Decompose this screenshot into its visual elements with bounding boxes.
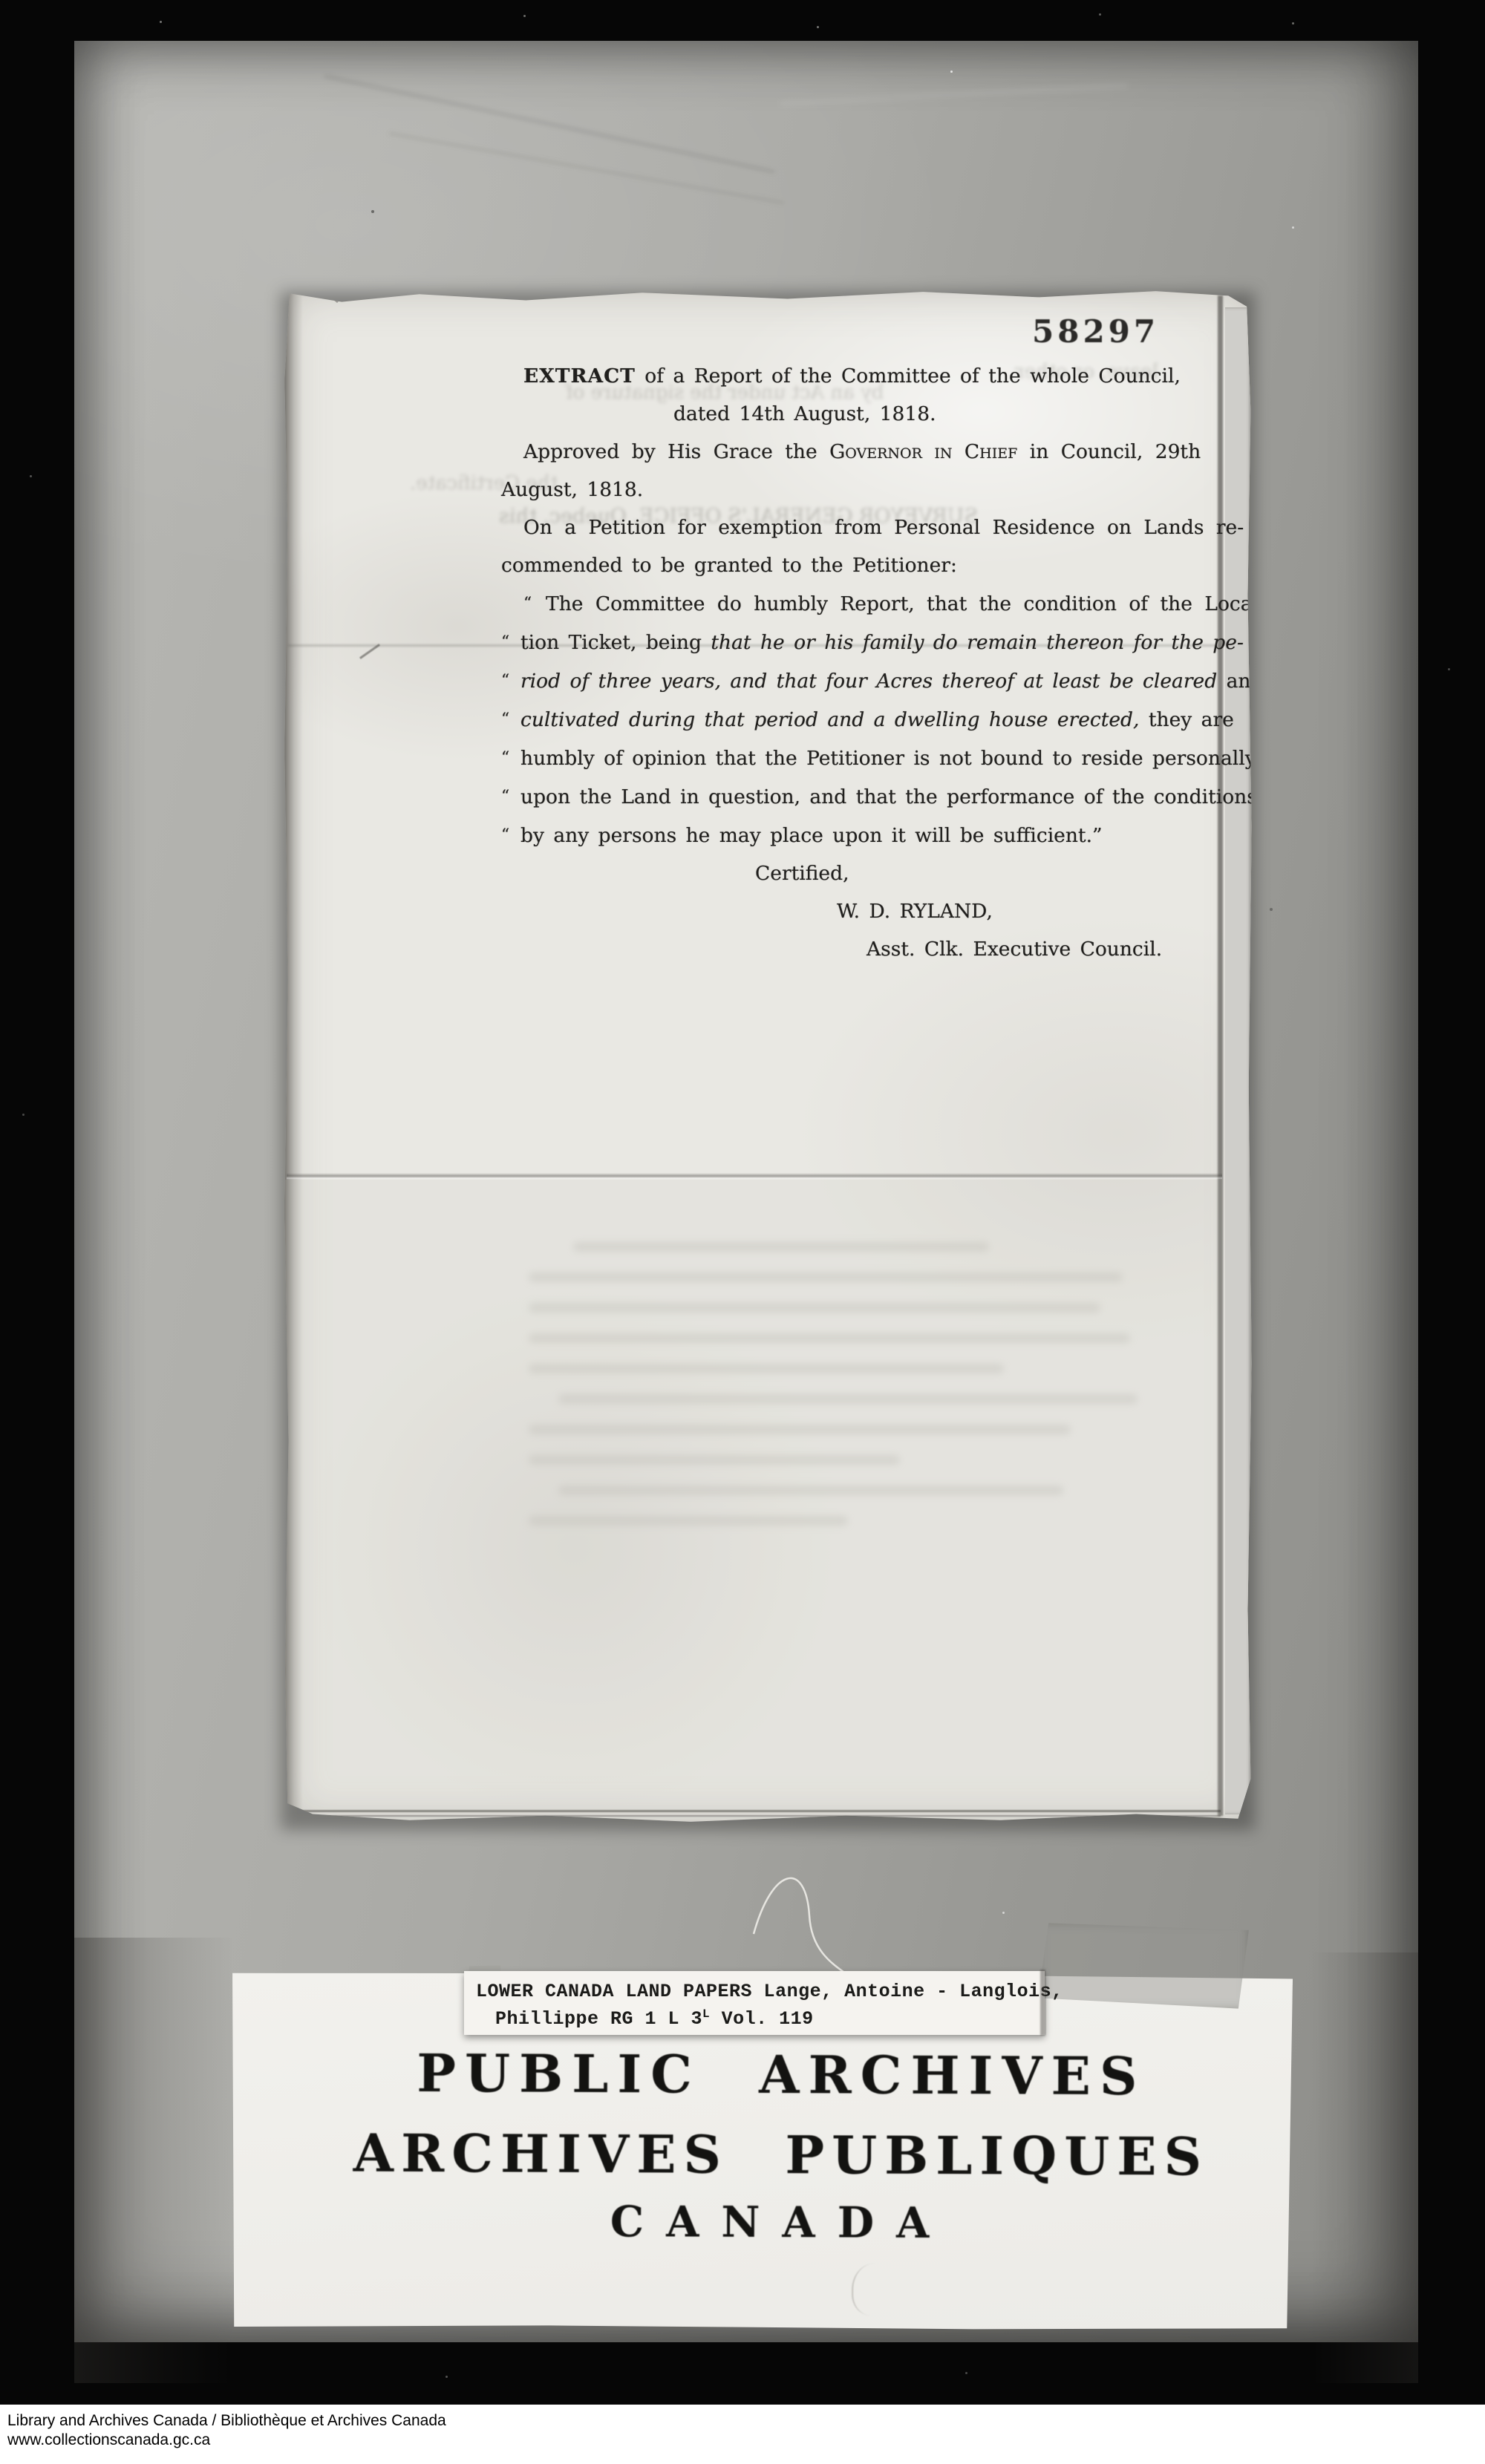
catalog-label-line1: LOWER CANADA LAND PAPERS Lange, Antoine …: [464, 1971, 1045, 2003]
bleed-streak: [558, 1486, 1063, 1495]
footer-bar: Library and Archives Canada / Bibliothèq…: [0, 2405, 1485, 2464]
document-line: “ riod of three years, and that four Acr…: [501, 661, 1225, 700]
footer-attribution: Library and Archives Canada / Bibliothèq…: [0, 2405, 1485, 2431]
document-line: “ cultivated during that period and a dw…: [501, 700, 1225, 739]
document-line: “ humbly of opinion that the Petitioner …: [501, 739, 1225, 777]
microfilm-scan-frame: by an Act under the signature of the Cer…: [0, 0, 1485, 2464]
document-page: by an Act under the signature of the Cer…: [284, 288, 1253, 1825]
dust-specks-dark: [371, 210, 374, 213]
bleed-streak: [529, 1364, 1004, 1373]
page-overlap-seam: [287, 1173, 1222, 1180]
bleedthrough-paragraph-texture: [529, 1242, 1167, 1546]
document-line: “ tion Ticket, being that he or his fami…: [501, 623, 1225, 661]
bleed-streak: [529, 1516, 848, 1526]
document-line: “ upon the Land in question, and that th…: [501, 777, 1225, 816]
document-text: EXTRACT of a Report of the Committee of …: [501, 357, 1225, 968]
card-crease-mark: [852, 2264, 898, 2316]
public-archives-stamp-canada: CANADA: [250, 2195, 1311, 2249]
catalog-label-line2: Phillippe RG 1 L 3L Vol. 119: [464, 2003, 1045, 2030]
bleed-streak: [529, 1272, 1123, 1282]
document-line: Certified,: [755, 854, 1225, 892]
public-archives-stamp-en: PUBLIC ARCHIVES: [251, 2042, 1311, 2108]
superscript-l: L: [702, 2007, 710, 2021]
shadow-left-of-card: [74, 1938, 234, 2383]
document-line: commended to be granted to the Petitione…: [501, 546, 1225, 584]
catalog-label: LOWER CANADA LAND PAPERS Lange, Antoine …: [464, 1971, 1045, 2035]
document-line: August, 1818.: [501, 471, 1225, 509]
bleed-streak: [529, 1303, 1100, 1313]
tape-fragment: [1038, 1921, 1249, 2010]
label-edge-shadow: [1040, 1970, 1045, 2036]
document-line: Approved by His Grace the Governor in Ch…: [523, 433, 1225, 471]
dust-specks-light: [950, 71, 953, 73]
board-crease-mark: [324, 75, 774, 174]
document-line: “ by any persons he may place upon it wi…: [501, 816, 1225, 854]
folio-number-stamp: 58297: [1032, 313, 1159, 350]
document-line: On a Petition for exemption from Persona…: [523, 509, 1225, 546]
bleed-streak: [558, 1394, 1138, 1404]
shadow-right-of-card: [1285, 1952, 1418, 2383]
public-archives-stamp-fr: ARCHIVES PUBLIQUES: [251, 2122, 1311, 2188]
document-line: EXTRACT of a Report of the Committee of …: [523, 357, 1225, 395]
bleed-streak: [529, 1425, 1071, 1434]
photo-backing-board: by an Act under the signature of the Cer…: [74, 41, 1418, 2342]
document-line: Asst. Clk. Executive Council.: [866, 930, 1225, 968]
board-crease-mark: [389, 132, 784, 204]
bleed-streak: [529, 1455, 900, 1465]
document-line: “ The Committee do humbly Report, that t…: [523, 584, 1225, 623]
footer-url: www.collectionscanada.gc.ca: [0, 2431, 1485, 2450]
document-line: W. D. RYLAND,: [837, 892, 1225, 930]
bleed-streak: [529, 1333, 1130, 1343]
film-dust-specks: [160, 21, 162, 23]
document-line: dated 14th August, 1818.: [673, 395, 1225, 433]
bleed-streak: [573, 1242, 989, 1252]
board-scratch-highlight: [780, 84, 1129, 106]
